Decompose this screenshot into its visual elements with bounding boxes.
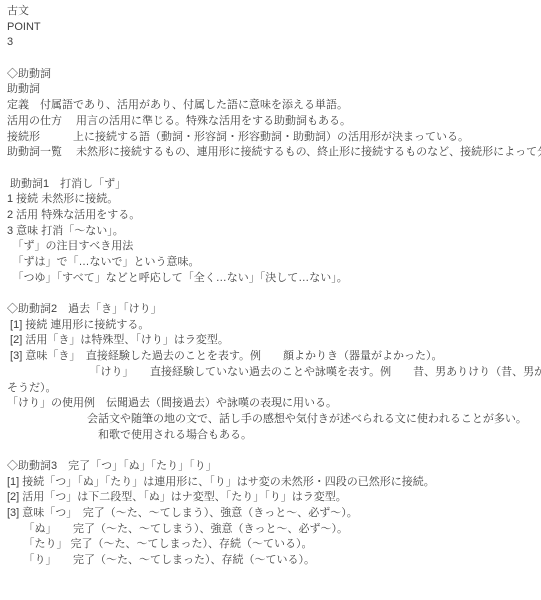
text-line: 助動詞 [7, 82, 541, 98]
text-line: 会話文や随筆の地の文で、話し手の感想や気付きが述べられる文に使われることが多い。 [7, 412, 541, 428]
text-line: 定義 付属語であり、活用があり、付属した語に意味を添える単語。 [7, 98, 541, 114]
text-line: 「つゆ」「すべて」などと呼応して「全く…ない」「決して…ない」。 [7, 271, 541, 287]
text-line: 「り」 完了（～た、～てしまった）、存続（～ている）。 [7, 553, 541, 569]
text-line: [1] 接続「つ」「ぬ」「たり」は連用形に、「り」はサ変の未然形・四段の已然形に… [7, 475, 541, 491]
text-line: 2 活用 特殊な活用をする。 [7, 208, 541, 224]
text-line: 「けり」の使用例 伝聞過去（間接過去）や詠嘆の表現に用いる。 [7, 396, 541, 412]
text-line: 「ぬ」 完了（～た、～てしまう）、強意（きっと～、必ず～）。 [7, 522, 541, 538]
text-line: 1 接続 未然形に接続。 [7, 192, 541, 208]
text-line: 3 [7, 35, 541, 51]
text-line: 助動詞1 打消し「ず」 [7, 177, 541, 193]
document-text: 古文POINT3 ◇助動詞助動詞定義 付属語であり、活用があり、付属した語に意味… [7, 4, 541, 569]
document-page: 古文POINT3 ◇助動詞助動詞定義 付属語であり、活用があり、付属した語に意味… [0, 0, 541, 600]
text-line [7, 286, 541, 302]
text-line: 3 意味 打消「～ない」。 [7, 224, 541, 240]
text-line: 助動詞一覧 未然形に接続するもの、連用形に接続するもの、終止形に接続するものなど… [7, 145, 541, 161]
text-line: 接続形 上に接続する語（動詞・形容詞・形容動詞・助動詞）の活用形が決まっている。 [7, 130, 541, 146]
text-line: [2] 活用「つ」は下二段型、「ぬ」はナ変型、「たり」「り」はラ変型。 [7, 490, 541, 506]
text-line: 「けり」 直接経験していない過去のことや詠嘆を表す。例 昔、男ありけり（昔、男が… [7, 365, 541, 381]
text-line: [3] 意味「つ」 完了（～た、～てしまう）、強意（きっと～、必ず～）。 [7, 506, 541, 522]
text-line [7, 161, 541, 177]
text-line: 「ず」の注目すべき用法 [7, 239, 541, 255]
text-line: ◇助動詞3 完了「つ」「ぬ」「たり」「り」 [7, 459, 541, 475]
text-line: ◇助動詞 [7, 67, 541, 83]
text-line: 「ずは」で「…ないで」という意味。 [7, 255, 541, 271]
text-line [7, 51, 541, 67]
text-line: そうだ）。 [7, 381, 541, 397]
text-line: 活用の仕方 用言の活用に準じる。特殊な活用をする助動詞もある。 [7, 114, 541, 130]
text-line: 和歌で使用される場合もある。 [7, 428, 541, 444]
text-line: [3] 意味「き」 直接経験した過去のことを表す。例 顔よかりき（器量がよかった… [7, 349, 541, 365]
text-line: [2] 活用「き」は特殊型、「けり」はラ変型。 [7, 333, 541, 349]
text-line: 古文 [7, 4, 541, 20]
text-line: POINT [7, 20, 541, 36]
text-line: ◇助動詞2 過去「き」「けり」 [7, 302, 541, 318]
text-line: 「たり」 完了（～た、～てしまった）、存続（～ている）。 [7, 537, 541, 553]
text-line [7, 443, 541, 459]
text-line: [1] 接続 連用形に接続する。 [7, 318, 541, 334]
